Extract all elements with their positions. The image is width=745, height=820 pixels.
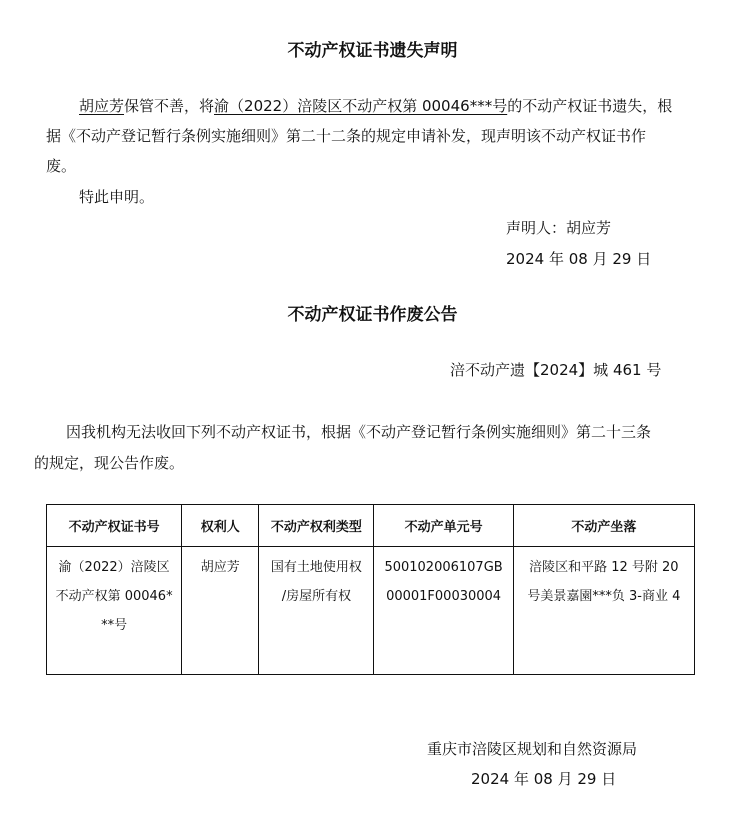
declaration-text: 的不动产权证书遗失，根 [507,97,672,115]
column-header-location: 不动产坐落 [513,505,694,547]
void-certificate-table: 不动产权证书号 权利人 不动产权利类型 不动产单元号 不动产坐落 渝（2022）… [46,504,695,675]
declaration-date: 2024 年 08 月 29 日 [506,249,651,269]
cell-unit-no: 500102006107GB 00001F00030004 [374,547,513,675]
announcement-title: 不动产权证书作废公告 [0,300,745,325]
table-row: 渝（2022）涪陵区 不动产权第 00046* **号 胡应芳 国有土地使用权 … [47,547,695,675]
declaration-paragraph-line-2: 据《不动产登记暂行条例实施细则》第二十二条的规定申请补发，现声明该不动产权证书作 [46,126,646,146]
declaration-title: 不动产权证书遗失声明 [0,36,745,61]
cell-location: 涪陵区和平路 12 号附 20 号美景嘉園***负 3-商业 4 [513,547,694,675]
declaration-closing: 特此申明。 [79,187,154,207]
certificate-number: 渝（2022）涪陵区不动产权第 00046***号 [214,97,507,115]
cell-right-type: 国有土地使用权 /房屋所有权 [259,547,374,675]
declaration-text: 保管不善，将 [124,97,214,115]
announcement-document-number: 涪不动产遗【2024】城 461 号 [450,360,661,380]
cell-cert-no: 渝（2022）涪陵区 不动产权第 00046* **号 [47,547,182,675]
declaration-paragraph-line-1: 胡应芳保管不善，将渝（2022）涪陵区不动产权第 00046***号的不动产权证… [79,96,672,116]
announcement-paragraph-line-1: 因我机构无法收回下列不动产权证书，根据《不动产登记暂行条例实施细则》第二十三条 [66,422,651,442]
declarant-name: 胡应芳 [79,97,124,115]
column-header-unit-no: 不动产单元号 [374,505,513,547]
issuing-authority: 重庆市涪陵区规划和自然资源局 [427,739,637,759]
cell-holder: 胡应芳 [182,547,259,675]
declaration-paragraph-line-3: 废。 [46,156,76,176]
announcement-paragraph-line-2: 的规定，现公告作废。 [34,453,184,473]
declaration-signer: 声明人：胡应芳 [506,218,611,238]
column-header-holder: 权利人 [182,505,259,547]
table-header-row: 不动产权证书号 权利人 不动产权利类型 不动产单元号 不动产坐落 [47,505,695,547]
column-header-right-type: 不动产权利类型 [259,505,374,547]
column-header-cert-no: 不动产权证书号 [47,505,182,547]
announcement-date: 2024 年 08 月 29 日 [471,769,616,789]
